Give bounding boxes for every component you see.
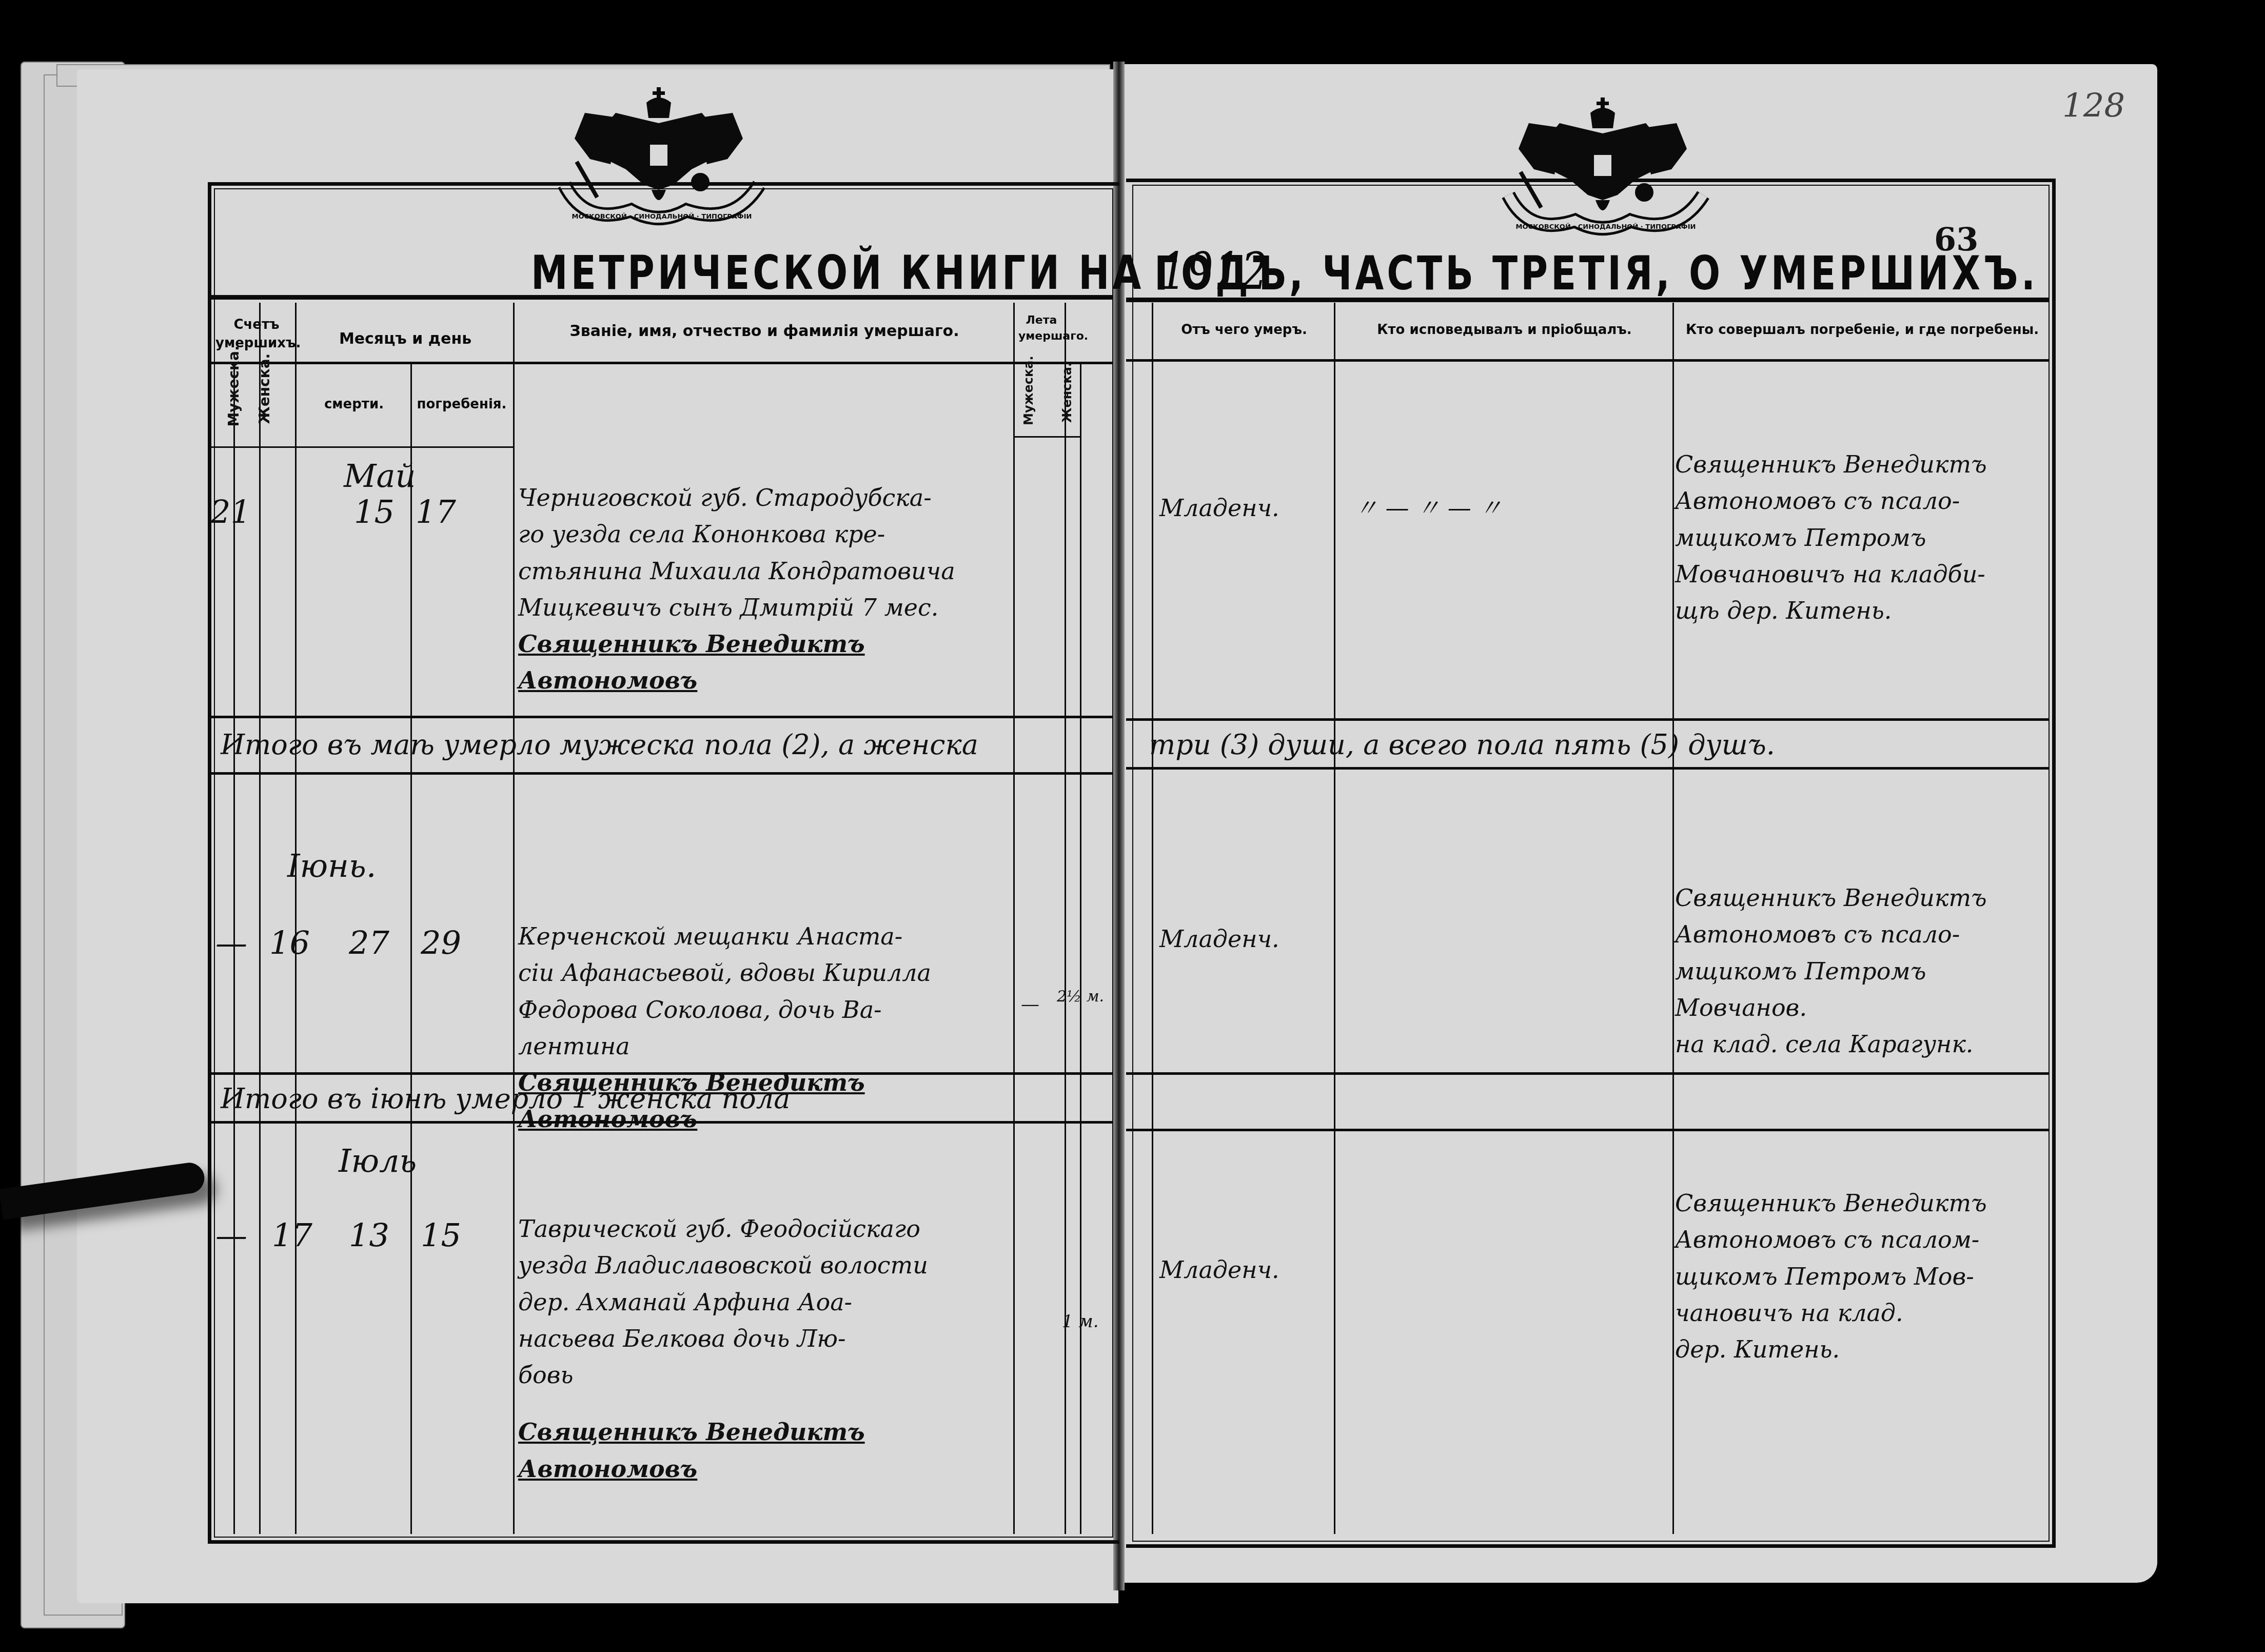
entry-death-day: 15 — [354, 487, 395, 537]
header-rule-top-left — [210, 295, 1113, 300]
title-right-text: ГОДЪ, ЧАСТЬ ТРЕТІЯ, О УМЕРШИХЪ. — [1154, 246, 2038, 300]
entry-burial-info: Священникъ Венедиктъ Автономовъ съ псало… — [1675, 1185, 2055, 1368]
header-confessor: Кто исповедывалъ и пріобщалъ. — [1336, 321, 1672, 339]
summary-may-left: Итого въ маѣ умерло мужеска пола (2), а … — [221, 723, 978, 766]
header-rule-bottom-left — [210, 362, 1113, 364]
header-burial: погребенія. — [413, 395, 510, 414]
entry-confessor: 〃 — 〃 — 〃 — [1354, 490, 1503, 526]
entry-description: Таврической губ. Феодосійскаго уезда Вла… — [518, 1211, 1011, 1487]
header-age: Лета умершаго. — [1018, 313, 1065, 345]
header-name: Званіе, имя, отчество и фамилія умершаго… — [518, 321, 1011, 342]
summary-rule — [1126, 1129, 2050, 1131]
summary-rule — [1126, 1072, 2050, 1075]
entry-burial-day: 15 — [421, 1211, 461, 1260]
summary-rule — [210, 1072, 1113, 1075]
priest-signature: Священникъ Венедиктъ Автономовъ — [518, 626, 1011, 699]
header-month-day: Месяцъ и день — [303, 328, 508, 350]
col-divider — [1334, 303, 1335, 1534]
entry-cause: Младенч. — [1159, 921, 1279, 957]
summary-rule — [1126, 718, 2050, 721]
entry-month: Іюль — [339, 1136, 417, 1186]
subheader-rule — [1013, 436, 1080, 438]
entry-death-day: 27 — [349, 918, 389, 968]
header-rule-bottom-right — [1126, 359, 2050, 362]
entry-age-female: 2½ м. — [1057, 985, 1104, 1009]
priest-signature: Священникъ Венедиктъ Автономовъ — [518, 1414, 1011, 1487]
header-female: Женска. — [256, 373, 273, 424]
col-divider — [513, 303, 515, 1534]
summary-june-left: Итого въ іюнѣ умерло 1 женска пола — [221, 1077, 790, 1120]
entry-cause: Младенч. — [1159, 1252, 1279, 1288]
summary-rule — [210, 716, 1113, 718]
col-divider — [259, 303, 261, 1534]
entry-death-day: 13 — [349, 1211, 389, 1260]
header-burial-place: Кто совершалъ погребеніе, и где погребен… — [1675, 321, 2050, 339]
entry-cause: Младенч. — [1159, 490, 1279, 526]
folio-number: 128 — [2062, 87, 2125, 125]
entry-burial-info: Священникъ Венедиктъ Автономовъ съ псало… — [1675, 880, 2055, 1063]
entry-burial-info: Священникъ Венедиктъ Автономовъ съ псало… — [1675, 446, 2055, 629]
col-divider — [1152, 303, 1153, 1534]
subheader-rule — [210, 446, 513, 448]
entry-female-number: 16 — [269, 918, 310, 968]
entry-male-number: — — [215, 918, 247, 968]
entry-description: Черниговской губ. Стародубска- го уезда … — [518, 480, 1011, 699]
summary-rule — [210, 1121, 1113, 1124]
title-left-text: МЕТРИЧЕСКОЙ КНИГИ НА — [531, 246, 1144, 300]
col-divider — [1013, 303, 1015, 1534]
header-age-male: Мужеска. — [1021, 369, 1036, 425]
summary-rule — [1126, 767, 2050, 770]
entry-age-male: — — [1021, 990, 1039, 1019]
entry-month: Іюнь. — [287, 841, 376, 891]
col-divider — [1065, 303, 1066, 1534]
header-male: Мужеска. — [225, 370, 242, 427]
entry-burial-day: 29 — [421, 918, 461, 968]
entry-male-number: — — [215, 1211, 247, 1260]
col-divider — [1080, 364, 1081, 1534]
entry-age-female: 1 м. — [1062, 1308, 1098, 1335]
header-cause: Отъ чего умеръ. — [1154, 321, 1334, 339]
entry-female-number: 17 — [272, 1211, 312, 1260]
summary-may-right: три (3) души, а всего пола пять (5) душъ… — [1149, 723, 1775, 766]
summary-rule — [210, 772, 1113, 775]
entry-male-number: 21 — [210, 487, 251, 537]
col-divider — [1672, 303, 1674, 1534]
entry-burial-day: 17 — [416, 487, 456, 537]
col-divider — [410, 364, 412, 1534]
header-death: смерти. — [303, 395, 405, 414]
header-rule-top-right — [1126, 298, 2050, 302]
page-number: 63 — [1934, 221, 1978, 258]
page-title-right: ГОДЪ, ЧАСТЬ ТРЕТІЯ, О УМЕРШИХЪ. — [1154, 246, 2038, 300]
header-age-female: Женска. — [1060, 371, 1074, 423]
